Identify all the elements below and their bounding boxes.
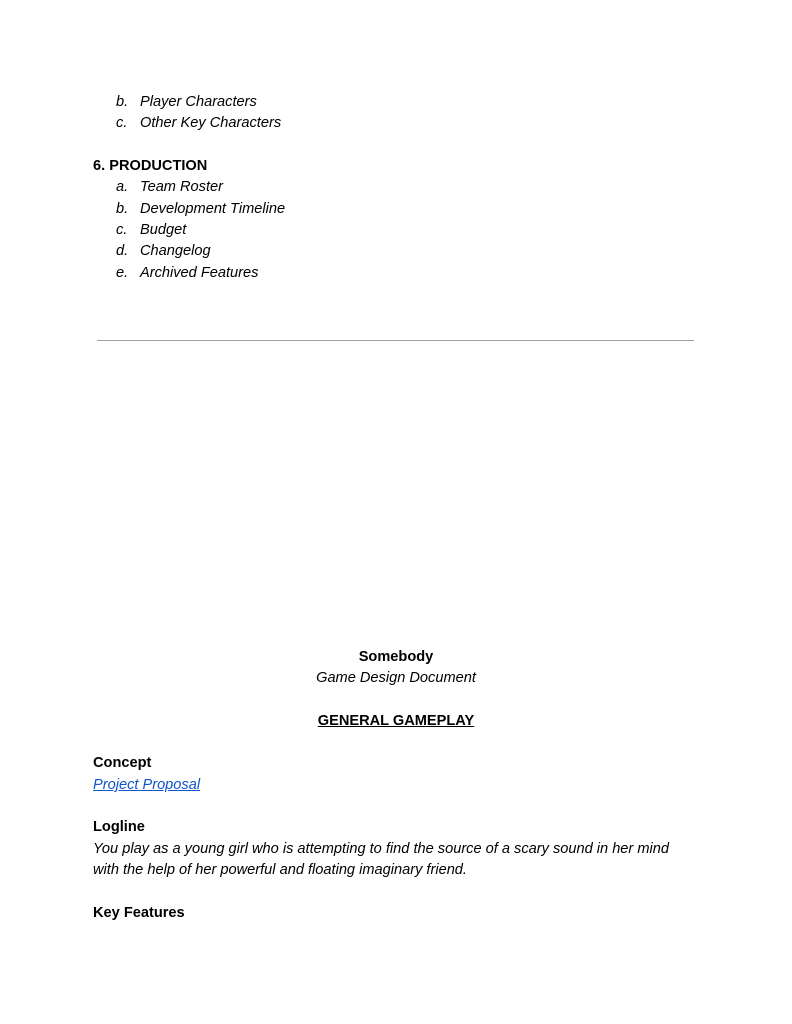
toc-item-label: Team Roster — [140, 179, 223, 195]
logline-text: You play as a young girl who is attempti… — [93, 839, 693, 881]
toc-item-changelog: d.Changelog — [116, 241, 211, 261]
list-marker: d. — [116, 241, 140, 261]
toc-item-label: Budget — [140, 222, 186, 238]
list-marker: e. — [116, 263, 140, 283]
toc-item-label: Development Timeline — [140, 201, 285, 217]
document-title: Somebody — [0, 647, 792, 667]
toc-item-team-roster: a.Team Roster — [116, 177, 223, 197]
document-subtitle: Game Design Document — [0, 668, 792, 688]
horizontal-rule — [97, 340, 694, 341]
toc-item-player-characters: b.Player Characters — [116, 92, 257, 112]
toc-item-other-key-characters: c.Other Key Characters — [116, 113, 281, 133]
section-title-general-gameplay: GENERAL GAMEPLAY — [0, 711, 792, 731]
list-marker: b. — [116, 92, 140, 112]
toc-item-label: Other Key Characters — [140, 115, 281, 131]
logline-label: Logline — [93, 817, 145, 837]
list-marker: a. — [116, 177, 140, 197]
concept-label: Concept — [93, 753, 151, 773]
list-marker: c. — [116, 113, 140, 133]
project-proposal-link[interactable]: Project Proposal — [93, 775, 200, 795]
toc-item-label: Archived Features — [140, 265, 258, 281]
toc-item-development-timeline: b.Development Timeline — [116, 199, 285, 219]
toc-item-archived-features: e.Archived Features — [116, 263, 258, 283]
toc-item-label: Player Characters — [140, 94, 257, 110]
key-features-label: Key Features — [93, 903, 185, 923]
toc-heading-production: 6. PRODUCTION — [93, 156, 207, 176]
list-marker: c. — [116, 220, 140, 240]
toc-item-label: Changelog — [140, 243, 211, 259]
list-marker: b. — [116, 199, 140, 219]
toc-item-budget: c.Budget — [116, 220, 186, 240]
